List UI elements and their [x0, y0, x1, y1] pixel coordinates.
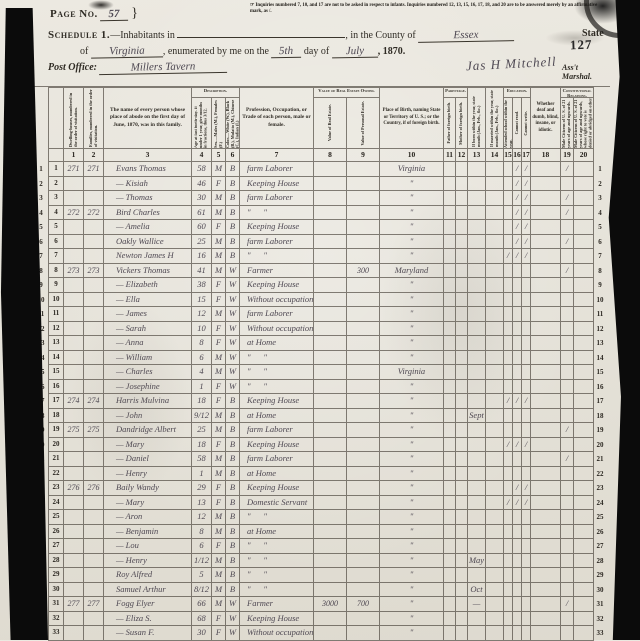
cell-col-9: [347, 322, 380, 337]
cell-col-6: B: [226, 539, 240, 554]
cell-col-7: farm Laborer: [240, 235, 314, 250]
cell-col-6: B: [226, 206, 240, 221]
cell-col-20: [574, 365, 594, 380]
header-male-citizen: Male Citizens of U. S. of 21 years of ag…: [561, 98, 574, 149]
cell-col-20: [574, 539, 594, 554]
cell-col-9: [347, 336, 380, 351]
right-margin-row-number: 4: [594, 206, 606, 221]
column-number: 13: [468, 149, 486, 162]
cell-col-18: [531, 626, 561, 640]
cell-col-16: [513, 423, 522, 438]
cell-col-9: [347, 626, 380, 640]
cell-col-18: [531, 409, 561, 424]
line-number-header: [48, 149, 64, 162]
cell-col-16: [513, 409, 522, 424]
cell-col-10: ": [380, 554, 444, 569]
cell-col-16: [513, 554, 522, 569]
cell-col-17: /: [522, 162, 531, 177]
cell-col-17: [522, 568, 531, 583]
line-number: 1: [48, 162, 64, 177]
cell-col-18: [531, 481, 561, 496]
cell-col-8: [314, 365, 347, 380]
cell-col-4: 8/12: [192, 583, 212, 598]
cell-col-12: [456, 452, 468, 467]
cell-col-16: [513, 467, 522, 482]
cell-col-3: — Lou: [104, 539, 192, 554]
cell-col-20: [574, 612, 594, 627]
post-office-line: Post Office: Millers Tavern: [48, 61, 227, 74]
cell-col-15: /: [504, 496, 513, 511]
cell-col-15: [504, 467, 513, 482]
cell-col-16: [513, 626, 522, 640]
cell-col-7: Domestic Servant: [240, 496, 314, 511]
column-number: 9: [347, 149, 380, 162]
right-margin-row-number: 6: [594, 235, 606, 250]
cell-col-4: 30: [192, 191, 212, 206]
cell-col-13: [468, 452, 486, 467]
cell-col-20: [574, 235, 594, 250]
cell-col-2: [84, 235, 104, 250]
cell-col-9: [347, 525, 380, 540]
cell-col-5: M: [212, 568, 226, 583]
post-office-label: Post Office:: [48, 62, 97, 73]
header-color: Color.—White (W.), Black (B.), Mulatto (…: [226, 98, 240, 149]
cell-col-17: [522, 583, 531, 598]
cell-col-16: [513, 452, 522, 467]
cell-col-12: [456, 626, 468, 640]
cell-col-13: [468, 539, 486, 554]
right-margin-row-number: 17: [594, 394, 606, 409]
group-education: Education. Attended school within the ye…: [504, 87, 531, 149]
cell-col-6: W: [226, 307, 240, 322]
cell-col-14: [486, 626, 504, 640]
cell-col-6: B: [226, 177, 240, 192]
cell-col-1: [64, 278, 84, 293]
cell-col-9: [347, 206, 380, 221]
cell-col-8: [314, 235, 347, 250]
cell-col-20: [574, 394, 594, 409]
cell-col-11: [444, 452, 456, 467]
cell-col-9: [347, 467, 380, 482]
cell-col-16: [513, 612, 522, 627]
header-month-born: If born within the year, state month (Ja…: [468, 87, 486, 149]
cell-col-20: [574, 336, 594, 351]
cell-col-7: Keeping House: [240, 220, 314, 235]
right-margin-row-number: 20: [594, 438, 606, 453]
cell-col-20: [574, 510, 594, 525]
cell-col-16: /: [513, 191, 522, 206]
line-number: 22: [48, 467, 64, 482]
cell-col-6: W: [226, 626, 240, 640]
line-number: 15: [48, 365, 64, 380]
cell-col-6: B: [226, 481, 240, 496]
cell-col-3: Vickers Thomas: [104, 264, 192, 279]
cell-col-7: " ": [240, 539, 314, 554]
cell-col-6: W: [226, 278, 240, 293]
cell-col-2: [84, 525, 104, 540]
cell-col-19: [561, 336, 574, 351]
cell-col-17: [522, 539, 531, 554]
right-margin-row-number: 30: [594, 583, 606, 598]
cell-col-4: 29: [192, 481, 212, 496]
right-margin-row-number: 16: [594, 380, 606, 395]
table-row: 3232— Eliza S.68FWKeeping House"32: [34, 612, 610, 627]
cell-col-2: [84, 568, 104, 583]
cell-col-19: [561, 496, 574, 511]
cell-col-13: —: [468, 597, 486, 612]
cell-col-10: ": [380, 626, 444, 640]
cell-col-20: [574, 220, 594, 235]
cell-col-1: [64, 612, 84, 627]
cell-col-4: 1: [192, 467, 212, 482]
line-number: 21: [48, 452, 64, 467]
cell-col-5: F: [212, 293, 226, 308]
cell-col-8: [314, 380, 347, 395]
cell-col-8: [314, 191, 347, 206]
cell-col-12: [456, 496, 468, 511]
cell-col-9: [347, 307, 380, 322]
cell-col-5: F: [212, 394, 226, 409]
cell-col-4: 30: [192, 626, 212, 640]
cell-col-9: [347, 278, 380, 293]
line-number: 33: [48, 626, 64, 640]
cell-col-1: [64, 293, 84, 308]
right-margin-row-number: 21: [594, 452, 606, 467]
cell-col-14: [486, 162, 504, 177]
brace-glyph: }: [131, 6, 138, 21]
cell-col-4: 25: [192, 235, 212, 250]
cell-col-14: [486, 612, 504, 627]
cell-col-5: F: [212, 438, 226, 453]
cell-col-19: [561, 583, 574, 598]
cell-col-8: [314, 568, 347, 583]
cell-col-9: [347, 293, 380, 308]
cell-col-15: [504, 423, 513, 438]
header-line-number: [48, 87, 64, 149]
cell-col-8: [314, 626, 347, 640]
cell-col-13: May: [468, 554, 486, 569]
cell-col-16: [513, 539, 522, 554]
cell-col-17: [522, 554, 531, 569]
cell-col-7: " ": [240, 510, 314, 525]
line-number: 11: [48, 307, 64, 322]
cell-col-5: M: [212, 191, 226, 206]
cell-col-2: [84, 249, 104, 264]
cell-col-1: [64, 191, 84, 206]
cell-col-3: Bird Charles: [104, 206, 192, 221]
column-number: 19: [561, 149, 574, 162]
cell-col-16: [513, 597, 522, 612]
cell-col-16: [513, 510, 522, 525]
cell-col-9: [347, 191, 380, 206]
enumerated-label: , enumerated by me on the: [163, 46, 269, 57]
cell-col-5: M: [212, 249, 226, 264]
cell-col-4: 58: [192, 162, 212, 177]
cell-col-2: [84, 177, 104, 192]
cell-col-8: [314, 322, 347, 337]
right-margin-row-number: 25: [594, 510, 606, 525]
cell-col-14: [486, 597, 504, 612]
cell-col-15: [504, 510, 513, 525]
column-number: 2: [84, 149, 104, 162]
cell-col-6: B: [226, 249, 240, 264]
cell-col-11: [444, 568, 456, 583]
cell-col-6: B: [226, 525, 240, 540]
cell-col-18: [531, 162, 561, 177]
cell-col-7: Keeping House: [240, 177, 314, 192]
cell-col-4: 61: [192, 206, 212, 221]
cell-col-16: /: [513, 162, 522, 177]
cell-col-7: at Home: [240, 467, 314, 482]
cell-col-11: [444, 162, 456, 177]
cell-col-1: 273: [64, 264, 84, 279]
cell-col-5: F: [212, 626, 226, 640]
cell-col-15: [504, 452, 513, 467]
cell-col-20: [574, 568, 594, 583]
right-margin-row-number: 32: [594, 612, 606, 627]
cell-col-8: [314, 539, 347, 554]
cell-col-2: [84, 539, 104, 554]
cell-col-1: 271: [64, 162, 84, 177]
cell-col-8: [314, 496, 347, 511]
cell-col-19: /: [561, 264, 574, 279]
cell-col-3: Newton James H: [104, 249, 192, 264]
line-number: 17: [48, 394, 64, 409]
cell-col-18: [531, 583, 561, 598]
cell-col-4: 18: [192, 438, 212, 453]
cell-col-4: 58: [192, 452, 212, 467]
column-number: 20: [574, 149, 594, 162]
cell-col-6: W: [226, 264, 240, 279]
cell-col-18: [531, 249, 561, 264]
cell-col-13: [468, 162, 486, 177]
cell-col-5: M: [212, 307, 226, 322]
cell-col-18: [531, 191, 561, 206]
cell-col-10: ": [380, 597, 444, 612]
right-margin-spacer: [594, 87, 606, 149]
cell-col-20: [574, 206, 594, 221]
cell-col-5: M: [212, 467, 226, 482]
cell-col-5: M: [212, 264, 226, 279]
cell-col-8: [314, 278, 347, 293]
cell-col-19: [561, 351, 574, 366]
cell-col-20: [574, 177, 594, 192]
cell-col-11: [444, 583, 456, 598]
cell-col-16: [513, 568, 522, 583]
right-margin-row-number: 7: [594, 249, 606, 264]
cell-col-17: [522, 597, 531, 612]
cell-col-18: [531, 525, 561, 540]
cell-col-18: [531, 423, 561, 438]
cell-col-10: ": [380, 583, 444, 598]
cell-col-2: 277: [84, 597, 104, 612]
line-number: 16: [48, 380, 64, 395]
line-number: 28: [48, 554, 64, 569]
schedule-rest: —Inhabitants in: [110, 30, 175, 41]
cell-col-9: [347, 554, 380, 569]
header-mother-foreign: Mother of foreign birth.: [456, 98, 468, 149]
line-number: 10: [48, 293, 64, 308]
cell-col-6: B: [226, 409, 240, 424]
cell-col-4: 6: [192, 351, 212, 366]
column-number: 18: [531, 149, 561, 162]
cell-col-6: W: [226, 293, 240, 308]
cell-col-3: — Thomas: [104, 191, 192, 206]
cell-col-6: W: [226, 380, 240, 395]
cell-col-18: [531, 510, 561, 525]
cell-col-17: /: [522, 438, 531, 453]
cell-col-5: M: [212, 554, 226, 569]
cell-col-12: [456, 510, 468, 525]
cell-col-4: 16: [192, 249, 212, 264]
right-margin-row-number: 28: [594, 554, 606, 569]
cell-col-19: [561, 322, 574, 337]
cell-col-3: — Susan F.: [104, 626, 192, 640]
right-margin-row-number: 18: [594, 409, 606, 424]
cell-col-2: 272: [84, 206, 104, 221]
cell-col-4: 8: [192, 336, 212, 351]
right-margin-row-number: 26: [594, 525, 606, 540]
cell-col-9: [347, 177, 380, 192]
cell-col-8: [314, 409, 347, 424]
cell-col-9: [347, 249, 380, 264]
marshal-signature: Jas H Mitchell: [466, 54, 557, 75]
cell-col-7: Keeping House: [240, 394, 314, 409]
cell-col-7: Farmer: [240, 264, 314, 279]
cell-col-18: [531, 568, 561, 583]
line-number: 12: [48, 322, 64, 337]
cell-col-7: Farmer: [240, 597, 314, 612]
cell-col-19: [561, 539, 574, 554]
cell-col-9: [347, 583, 380, 598]
cell-col-1: 277: [64, 597, 84, 612]
cell-col-9: [347, 394, 380, 409]
cell-col-4: 38: [192, 278, 212, 293]
cell-col-5: M: [212, 365, 226, 380]
line-number: 4: [48, 206, 64, 221]
cell-col-6: W: [226, 597, 240, 612]
cell-col-4: 9/12: [192, 409, 212, 424]
cell-col-2: [84, 496, 104, 511]
cell-col-7: farm Laborer: [240, 452, 314, 467]
cell-col-14: [486, 583, 504, 598]
column-number: 12: [456, 149, 468, 162]
cell-col-20: [574, 293, 594, 308]
right-margin-row-number: 27: [594, 539, 606, 554]
cell-col-16: /: [513, 438, 522, 453]
cell-col-2: [84, 510, 104, 525]
cell-col-4: 46: [192, 177, 212, 192]
cell-col-8: [314, 583, 347, 598]
cell-col-18: [531, 597, 561, 612]
cell-col-19: [561, 554, 574, 569]
cell-col-4: 25: [192, 423, 212, 438]
column-number: 1: [64, 149, 84, 162]
cell-col-14: [486, 525, 504, 540]
cell-col-18: [531, 394, 561, 409]
cell-col-17: [522, 467, 531, 482]
cell-col-8: [314, 293, 347, 308]
cell-col-12: [456, 568, 468, 583]
cell-col-7: " ": [240, 365, 314, 380]
cell-col-19: [561, 612, 574, 627]
cell-col-19: [561, 438, 574, 453]
cell-col-6: B: [226, 467, 240, 482]
form-notice: ☞ Inquiries numbered 7, 10, and 17 are n…: [250, 3, 598, 16]
cell-col-3: — Aron: [104, 510, 192, 525]
cell-col-3: Samuel Arthur: [104, 583, 192, 598]
cell-col-8: [314, 162, 347, 177]
header-father-foreign: Father of foreign birth.: [444, 98, 456, 149]
table-row: 2525— Aron12MB" ""25: [34, 510, 610, 525]
line-number: 25: [48, 510, 64, 525]
right-margin-row-number: 33: [594, 626, 606, 640]
cell-col-1: [64, 583, 84, 598]
cell-col-3: Oakly Wallice: [104, 235, 192, 250]
right-margin-row-number: 11: [594, 307, 606, 322]
header-deaf-dumb: Whether deaf and dumb, blind, insane, or…: [531, 87, 561, 149]
cell-col-4: 5: [192, 568, 212, 583]
cell-col-2: [84, 191, 104, 206]
cell-col-5: M: [212, 510, 226, 525]
cell-col-5: F: [212, 177, 226, 192]
cell-col-6: B: [226, 452, 240, 467]
cell-col-7: Without occupation: [240, 293, 314, 308]
cell-col-18: [531, 220, 561, 235]
cell-col-18: [531, 380, 561, 395]
cell-col-18: [531, 612, 561, 627]
cell-col-4: 4: [192, 365, 212, 380]
line-number: 8: [48, 264, 64, 279]
cell-col-7: farm Laborer: [240, 162, 314, 177]
cell-col-9: [347, 510, 380, 525]
cell-col-20: [574, 554, 594, 569]
cell-col-14: [486, 568, 504, 583]
cell-col-3: Fogg Elyer: [104, 597, 192, 612]
cell-col-3: — Elizabeth: [104, 278, 192, 293]
cell-col-9: 300: [347, 264, 380, 279]
table-row: 2626— Benjamin8MBat Home"26: [34, 525, 610, 540]
cell-col-13: [468, 510, 486, 525]
cell-col-7: at Home: [240, 409, 314, 424]
cell-col-20: [574, 351, 594, 366]
line-number: 32: [48, 612, 64, 627]
cell-col-20: [574, 322, 594, 337]
cell-col-1: [64, 177, 84, 192]
schedule-title: Schedule 1.: [48, 29, 110, 41]
cell-col-3: — Amelia: [104, 220, 192, 235]
right-margin-row-number: 23: [594, 481, 606, 496]
table-row: 11271271Evans Thomas58MBfarm LaborerVirg…: [34, 162, 610, 177]
cell-col-5: F: [212, 278, 226, 293]
cell-col-9: [347, 612, 380, 627]
cell-col-17: /: [522, 394, 531, 409]
cell-col-14: [486, 481, 504, 496]
cell-col-5: M: [212, 597, 226, 612]
cell-col-10: ": [380, 510, 444, 525]
cell-col-8: [314, 351, 347, 366]
cell-col-8: [314, 525, 347, 540]
cell-col-1: [64, 322, 84, 337]
cell-col-3: Evans Thomas: [104, 162, 192, 177]
cell-col-9: [347, 409, 380, 424]
cell-col-16: [513, 583, 522, 598]
right-margin-row-number: 2: [594, 177, 606, 192]
cell-col-3: — Eliza S.: [104, 612, 192, 627]
cell-col-9: [347, 220, 380, 235]
cell-col-1: [64, 467, 84, 482]
cell-col-17: /: [522, 177, 531, 192]
